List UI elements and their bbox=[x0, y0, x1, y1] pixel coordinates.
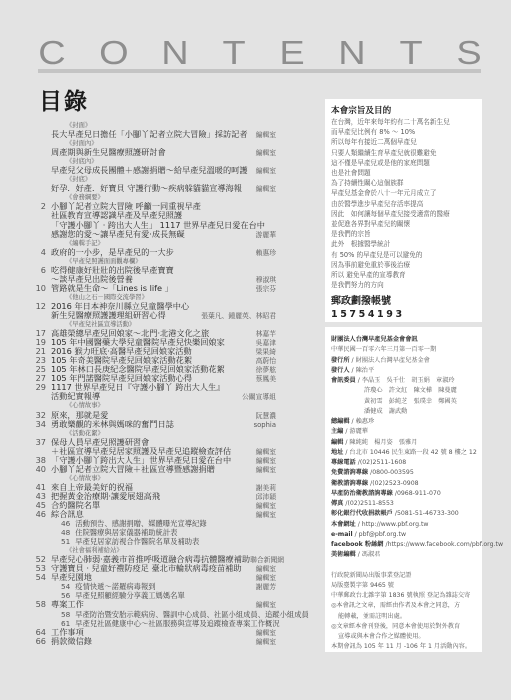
entry-title: 新生兒醫療照護護理組研習心得 bbox=[51, 311, 201, 320]
toc-entry[interactable]: 好孕．好產．好寶貝 守護行動～疾病躲貓貓宣導海報編輯室 bbox=[0, 184, 318, 193]
entry-author: 阮慧濃 bbox=[256, 412, 318, 421]
entry-author: 編輯室 bbox=[256, 638, 318, 647]
toc-entry[interactable]: 4政府的一小步，是早產兒的一大步賴惠珍 bbox=[0, 248, 318, 257]
entry-title: 長大早產兒日擔任「小腳丫記者立院大冒險」採訪記者 bbox=[51, 130, 256, 139]
toc-entry[interactable]: 感謝您的愛～讓早產兒有愛‧成長無礙游麗華 bbox=[0, 230, 318, 239]
toc-entry[interactable]: 周產期與新生兒醫療照護研討會編輯室 bbox=[0, 148, 318, 157]
entry-title: 捐款徵信錄 bbox=[51, 637, 256, 646]
sub-entry-title: 活動預告、感謝捐贈、媒體曝光宣導紀錄 bbox=[75, 519, 206, 528]
toc-section-label: 《活動花絮》 bbox=[0, 429, 318, 438]
sub-entry-title: 早產兒照顧經驗分享義工媽媽名單 bbox=[75, 591, 184, 600]
entry-title: 54疫情快遞～諾羅病毒報到 bbox=[51, 582, 256, 591]
toc-entry[interactable]: 66捐款徵信錄編輯室 bbox=[0, 637, 318, 646]
publication-info-box: 財團法人台灣早產兒基金會會訊 中華民國一百零六年三月第一百零一期 發行所 / 財… bbox=[325, 327, 482, 652]
toc-entry[interactable]: 40小腳丫記者立院大冒險＋社區宣導暨感謝捐贈編輯室 bbox=[0, 465, 318, 474]
toc-entry[interactable]: 34勇敢樂觀的米林與媽咪的奮鬥日誌sophia bbox=[0, 420, 318, 429]
entry-title: 感謝您的愛～讓早產兒有愛‧成長無礙 bbox=[51, 230, 256, 239]
issuer-line: 發行人 / 陳治平 bbox=[331, 366, 482, 376]
postal-account-number: 15754193 bbox=[331, 308, 482, 321]
mission-line: 此外 根據醫學統計 bbox=[331, 239, 482, 249]
page-number: 58 bbox=[0, 600, 51, 609]
entry-author: 編輯室 bbox=[256, 629, 318, 638]
mission-line: 是我們的宗旨 bbox=[331, 229, 482, 239]
health-line: 衛教諮詢專線 /(02)2523-0908 bbox=[331, 479, 482, 489]
bank-line: 彰化銀行代收捐款帳戶 /5081-51-46733-300 bbox=[331, 509, 482, 519]
entry-title: 周產期與新生兒醫療照護研討會 bbox=[51, 148, 256, 157]
contents-letter: N bbox=[338, 36, 365, 69]
sub-entry-title: 早產兒居家訪視合作醫院名單及補助表 bbox=[75, 537, 199, 546]
registration-line: 局版臺製字第 9465 號 bbox=[331, 581, 482, 591]
entry-title: 專案工作 bbox=[51, 600, 256, 609]
page-number: 29 bbox=[0, 383, 51, 392]
toc-entry[interactable]: 58早產防治暨安胎示範病房、醫訓中心成員、社區小組成員、追蹤小組成員 bbox=[0, 610, 318, 619]
committee-line: 潘健成 謝武勳 bbox=[331, 407, 482, 417]
mission-line: 有 50% 的早產兒是可以避免的 bbox=[331, 250, 482, 260]
mission-line: 這不僅是早產兒或是他的家庭問題 bbox=[331, 158, 482, 168]
sub-entry-title: 疫情快遞～諾羅病毒報到 bbox=[75, 582, 155, 591]
info-heading: 財團法人台灣早產兒基金會會訊 bbox=[331, 336, 418, 343]
entry-author: 編輯室 bbox=[256, 565, 318, 574]
mission-line: 早產兒基金會於八十一年元月成立了 bbox=[331, 188, 482, 198]
page-number: 37 bbox=[0, 438, 51, 447]
phone-line: 專線電話 /(02)2511-1608 bbox=[331, 458, 482, 468]
entry-author: 梁果綺 bbox=[256, 348, 318, 357]
toc-entry[interactable]: 早產兒父母成長團體＋感謝捐贈～給早產兒溫暖的呵護編輯室 bbox=[0, 166, 318, 175]
mission-line: 因此 如何讓每個早產兒接受適當的醫療 bbox=[331, 209, 482, 219]
committee-line: 許瓊心 許文紅 陳文樺 陳曼麗 bbox=[331, 386, 482, 396]
toc-entry[interactable]: 6吃得健康好壯壯的出院後早產寶寶 bbox=[0, 266, 318, 275]
title-divider bbox=[38, 69, 481, 73]
mission-line: 為了持續性關心這個族群 bbox=[331, 178, 482, 188]
page-number: 40 bbox=[0, 465, 51, 474]
toc-entry[interactable]: 51早產兒居家訪視合作醫院名單及補助表 bbox=[0, 537, 318, 546]
postal-heading: 郵政劃撥帳號 bbox=[331, 295, 482, 308]
committee-line: 黃初雪 彭純芝 張璞幸 鄭國英 bbox=[331, 397, 482, 407]
entry-title: 56早產兒照顧經驗分享義工媽媽名單 bbox=[51, 591, 276, 600]
facebook-link[interactable]: https://www.facebook.com/pbf.org.tw bbox=[388, 541, 503, 548]
toc-entry[interactable]: 291117 世界早產兒日『守護小腳丫 跨出大人生』 bbox=[0, 383, 318, 392]
entry-author: 編輯室 bbox=[256, 448, 318, 457]
fax-line: 傳真 /(02)2511-8553 bbox=[331, 499, 482, 509]
sub-entry-title: 住院醫療與居家儀器補助統計表 bbox=[75, 528, 177, 537]
entry-title: 58早產防治暨安胎示範病房、醫訓中心成員、社區小組成員、追蹤小組成員 bbox=[51, 610, 309, 619]
entry-author: 林嘉芊 bbox=[256, 330, 318, 339]
issue-line: 中華民國一百零六年三月第一百零一期 bbox=[331, 345, 482, 355]
period-line: 本期會訊為 105 年 11 月 -106 年 1 月活動內容。 bbox=[331, 642, 482, 652]
mission-line: 所以 避免早產的宣導教育 bbox=[331, 270, 482, 280]
editor-line: 主編 / 游麗華 bbox=[331, 427, 482, 437]
page-title: 目錄 bbox=[39, 83, 89, 116]
note-line: ◎本會訊之文章，需經由作者及本會之同意，方 bbox=[331, 601, 482, 611]
entry-author: 編輯室 bbox=[256, 502, 318, 511]
toc-entry[interactable]: 10管路就是生命～「Lines is life 」張宗芬 bbox=[0, 284, 318, 293]
mission-line: 並促進各界對早產兒的關懷 bbox=[331, 219, 482, 229]
mission-line: 是我們努力的方向 bbox=[331, 280, 482, 290]
toc-entry[interactable]: 48住院醫療與居家儀器補助統計表 bbox=[0, 528, 318, 537]
contents-title: C O N T E N T S bbox=[40, 34, 480, 70]
toc-entry[interactable]: 新生兒醫療照護護理組研習心得張葉凡、鍾麗英、林昭君 bbox=[0, 311, 318, 320]
mission-line: 也是社會問題 bbox=[331, 168, 482, 178]
toc-entry[interactable]: 61早產兒社區健康中心～社區服務與宣導及追蹤檢查專案工作概況 bbox=[0, 619, 318, 628]
publisher-line: 發行所 / 財團法人台灣早產兒基金會 bbox=[331, 356, 482, 366]
mission-line: 而早產兒比例有 8% ～ 10% bbox=[331, 127, 482, 137]
toc-entry[interactable]: 43把握黃金治療期‧讓愛展翅高飛邱沛穎 bbox=[0, 492, 318, 501]
website-link[interactable]: http://www.pbf.org.tw bbox=[362, 521, 429, 528]
sub-page-number: 54 bbox=[61, 582, 70, 591]
sub-entry-title: 早產防治暨安胎示範病房、醫訓中心成員、社區小組成員、追蹤小組成員 bbox=[75, 610, 309, 619]
page-number: 10 bbox=[0, 284, 51, 293]
toc-entry[interactable]: 45合約醫院名單編輯室 bbox=[0, 501, 318, 510]
toc-entry[interactable]: 54疫情快遞～諾羅病毒報到謝麗芳 bbox=[0, 582, 318, 591]
editors-line: 編輯 / 陳純純 楊月姿 張雅月 bbox=[331, 438, 482, 448]
page-number: 54 bbox=[0, 573, 51, 582]
contents-letter: N bbox=[162, 36, 189, 69]
email-line: e-mail / pbf@pbf.org.tw bbox=[331, 530, 482, 540]
table-of-contents: 《封面》長大早產兒日擔任「小腳丫記者立院大冒險」採訪記者編輯室《封面內》周產期與… bbox=[0, 121, 318, 646]
contents-letter: T bbox=[223, 36, 246, 69]
page-number: 46 bbox=[0, 510, 51, 519]
page-number: 66 bbox=[0, 637, 51, 646]
registration-line: 行政院新聞局出版事業登記證 bbox=[331, 571, 482, 581]
page-number: 4 bbox=[0, 248, 51, 257]
entry-author: 穆淑琪 bbox=[256, 276, 318, 285]
toc-entry[interactable]: 46活動預告、感謝捐贈、媒體曝光宣導紀錄 bbox=[0, 519, 318, 528]
toc-entry[interactable]: 53守護寶貝 ‧ 兒童好禮防疫足 臺北市輪狀病毒疫苗補助編輯室 bbox=[0, 564, 318, 573]
sub-page-number: 51 bbox=[61, 537, 70, 546]
committee-line: 會訊委員 / 李晶玉 吳千仕 胡玉娟 章淑玲 bbox=[331, 376, 482, 386]
entry-author: 高蔚怡 bbox=[256, 357, 318, 366]
page-number: 12 bbox=[0, 302, 51, 311]
contents-letter: E bbox=[280, 36, 305, 69]
chief-editor-line: 總編輯 / 賴惠珍 bbox=[331, 417, 482, 427]
mission-line: 所以每年有接近二萬個早產兒 bbox=[331, 137, 482, 147]
entry-title: 51早產兒居家訪視合作醫院名單及補助表 bbox=[51, 537, 276, 546]
note-line: 宣導或與本會合作之媒體使用。 bbox=[331, 632, 482, 642]
mission-line: 只要人類繼續生育早產兒就很難避免 bbox=[331, 148, 482, 158]
sub-page-number: 58 bbox=[61, 610, 70, 619]
contents-letter: O bbox=[99, 36, 129, 69]
contents-letter: C bbox=[38, 36, 65, 69]
entry-author: 聯合新聞網 bbox=[250, 556, 326, 565]
toc-entry[interactable]: 活動紀實報導公關宣導組 bbox=[0, 392, 318, 401]
toc-entry[interactable]: 58專案工作編輯室 bbox=[0, 600, 318, 609]
page-number: 34 bbox=[0, 420, 51, 429]
toc-entry[interactable]: 56早產兒照顧經驗分享義工媽媽名單 bbox=[0, 591, 318, 600]
address-line: 地址 / 台北市 10446 民生東路一段 42 號 8 樓之 12 bbox=[331, 448, 482, 458]
toc-section-label: 《心情故事》 bbox=[0, 401, 318, 410]
page-number: 6 bbox=[0, 266, 51, 275]
entry-title: 48住院醫療與居家儀器補助統計表 bbox=[51, 528, 276, 537]
entry-title: 早產兒父母成長團體＋感謝捐贈～給早產兒溫暖的呵護 bbox=[51, 166, 256, 175]
mission-heading: 本會宗旨及目的 bbox=[331, 106, 482, 117]
entry-title: 綜合訊息 bbox=[51, 510, 256, 519]
entry-title: 小腳丫記者立院大冒險＋社區宣導暨感謝捐贈 bbox=[51, 465, 256, 474]
entry-title: 管路就是生命～「Lines is life 」 bbox=[51, 284, 256, 293]
mission-line: 因為事前避免重於事後治療 bbox=[331, 260, 482, 270]
entry-author: 編輯室 bbox=[256, 457, 318, 466]
toc-entry[interactable]: 長大早產兒日擔任「小腳丫記者立院大冒險」採訪記者編輯室 bbox=[0, 130, 318, 139]
facebook-line: facebook 粉絲網 /https://www.facebook.com/p… bbox=[331, 540, 482, 550]
art-editor-line: 美術編輯 / 馮淑君 bbox=[331, 550, 482, 560]
contents-letter: S bbox=[456, 36, 481, 69]
toc-entry[interactable]: 64工作事項編輯室 bbox=[0, 628, 318, 637]
entry-title: 46活動預告、感謝捐贈、媒體曝光宣導紀錄 bbox=[51, 519, 276, 528]
note-line: 能轉載，並需註明出處。 bbox=[331, 612, 482, 622]
entry-author: 謝美莉 bbox=[256, 484, 318, 493]
entry-author: 邱沛穎 bbox=[256, 493, 318, 502]
entry-title: 好孕．好產．好寶貝 守護行動～疾病躲貓貓宣導海報 bbox=[51, 184, 256, 193]
sub-page-number: 48 bbox=[61, 528, 70, 537]
entry-title: 政府的一小步，是早產兒的一大步 bbox=[51, 248, 256, 257]
mission-line: 在台灣，近年來每年約有二十萬名新生兒 bbox=[331, 117, 482, 127]
mission-line: 由於醫學進步早產兒存活率提高 bbox=[331, 199, 482, 209]
registration-line: 中華郵政台北雜字第 1836 號執照 登記為雜誌交寄 bbox=[331, 591, 482, 601]
prevention-line: 早產防治衛教諮詢專線 /0968-911-070 bbox=[331, 489, 482, 499]
website-line: 本會網址 / http://www.pbf.org.tw bbox=[331, 520, 482, 530]
mission-text: 在台灣，近年來每年約有二十萬名新生兒而早產兒比例有 8% ～ 10%所以每年有接… bbox=[331, 117, 482, 290]
entry-author: 徐夢舷 bbox=[256, 366, 318, 375]
note-line: ◎文章經本會刊登後，同意本會使用於對外教育 bbox=[331, 622, 482, 632]
tollfree-line: 免費諮詢專線 /0800-003595 bbox=[331, 468, 482, 478]
email-link[interactable]: pbf@pbf.org.tw bbox=[359, 531, 406, 538]
sub-page-number: 46 bbox=[61, 519, 70, 528]
mission-box: 本會宗旨及目的 在台灣，近年來每年約有二十萬名新生兒而早產兒比例有 8% ～ 1… bbox=[325, 99, 482, 322]
entry-author: 吳嘉津 bbox=[256, 339, 318, 348]
page-number: 2 bbox=[0, 202, 51, 211]
entry-title: 勇敢樂觀的米林與媽咪的奮鬥日誌 bbox=[51, 420, 254, 429]
toc-entry[interactable]: 46綜合訊息編輯室 bbox=[0, 510, 318, 519]
entry-title: 活動紀實報導 bbox=[51, 392, 242, 401]
toc-section-label: 《心情故事》 bbox=[0, 474, 318, 483]
toc-entry[interactable]: 54早產兒園地編輯室 bbox=[0, 573, 318, 582]
entry-title: 早產兒園地 bbox=[51, 573, 256, 582]
contents-letter: T bbox=[399, 36, 422, 69]
sub-entry-title: 早產兒社區健康中心～社區服務與宣導及追蹤檢查專案工作概況 bbox=[75, 619, 279, 628]
entry-title: 61早產兒社區健康中心～社區服務與宣導及追蹤檢查專案工作概況 bbox=[51, 619, 280, 628]
